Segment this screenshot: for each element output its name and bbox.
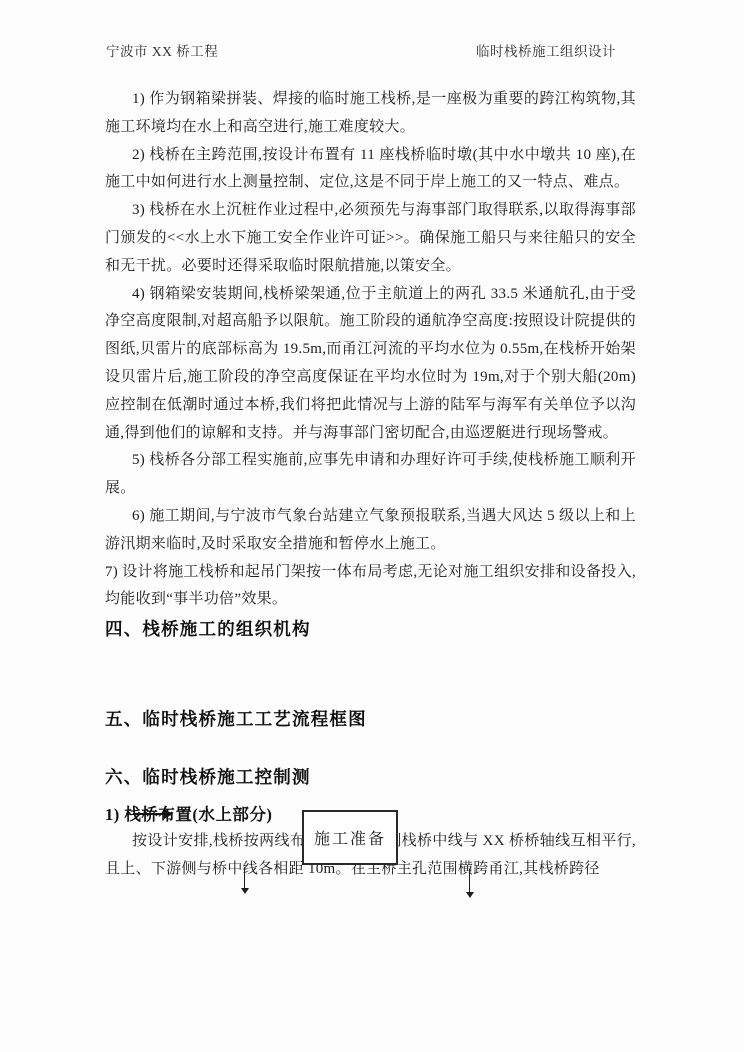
down-arrow-head [466,892,474,898]
flowchart-box-label: 施工准备 [314,826,386,849]
header-left-title: 宁波市 XX 桥工程 [106,44,218,60]
down-arrow-icon [244,867,245,889]
paragraph-item-4: 4) 钢箱梁安装期间,栈桥梁架通,位于主航道上的两孔 33.5 米通航孔,由于受… [105,281,636,448]
right-arrow-head [164,809,173,819]
page-header: 宁波市 XX 桥工程 临时栈桥施工组织设计 [106,44,616,60]
paragraph-item-7: 7) 设计将施工栈桥和起吊门架按一体布局考虑,无论对施工组织安排和设备投入,均能… [105,559,636,615]
paragraph-item-5: 5) 栈桥各分部工程实施前,应事先申请和办理好许可手续,使栈桥施工顺利开展。 [105,447,636,503]
heading-section-4: 四、栈桥施工的组织机构 [105,614,636,644]
paragraph-item-2: 2) 栈桥在主跨范围,按设计布置有 11 座栈桥临时墩(其中水中墩共 10 座)… [105,142,636,198]
document-body: 1) 作为钢箱梁拼装、焊接的临时施工栈桥,是一座极为重要的跨江构筑物,其施工环境… [105,86,636,884]
down-arrow-head [241,888,249,894]
heading-section-5: 五、临时栈桥施工工艺流程框图 [105,704,636,734]
paragraph-item-3: 3) 栈桥在水上沉桩作业过程中,必须预先与海事部门取得联系,以取得海事部门颁发的… [105,197,636,280]
right-arrow-icon [133,809,173,819]
paragraph-item-1: 1) 作为钢箱梁拼装、焊接的临时施工栈桥,是一座极为重要的跨江构筑物,其施工环境… [105,86,636,142]
flowchart-box-construction-prep: 施工准备 [302,810,398,865]
heading-section-6: 六、临时栈桥施工控制测 [105,762,636,792]
down-arrow-icon [469,869,470,893]
paragraph-item-6: 6) 施工期间,与宁波市气象台站建立气象预报联系,当遇大风达 5 级以上和上游汛… [105,503,636,559]
header-right-title: 临时栈桥施工组织设计 [476,44,616,60]
document-page: 宁波市 XX 桥工程 临时栈桥施工组织设计 1) 作为钢箱梁拼装、焊接的临时施工… [0,0,744,1052]
right-arrow-shaft [133,813,165,815]
